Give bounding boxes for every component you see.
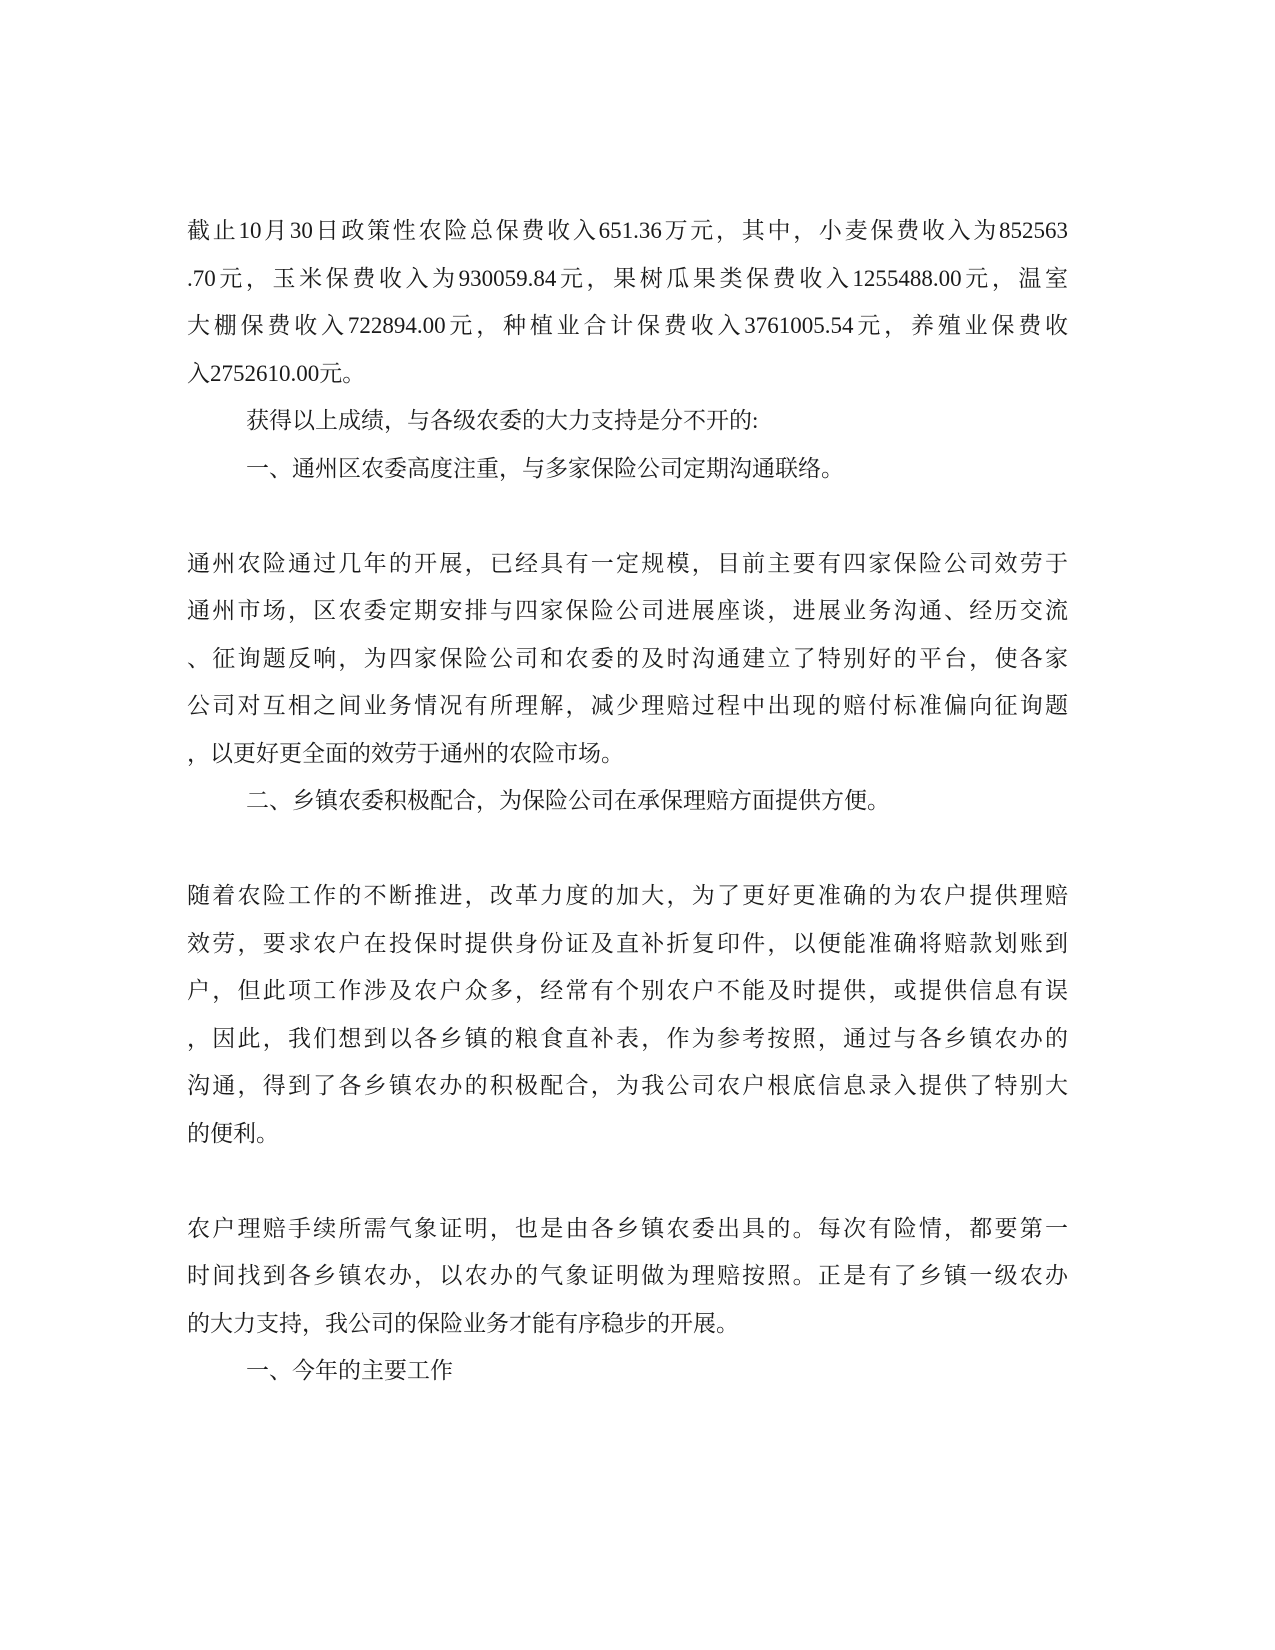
blank-line	[187, 492, 1068, 540]
document-page: 截止10月30日政策性农险总保费收入651.36万元，其中，小麦保费收入为852…	[0, 0, 1275, 1650]
paragraph: 二、乡镇农委积极配合，为保险公司在承保理赔方面提供方便。	[187, 777, 1068, 825]
text-line: 随着农险工作的不断推进，改革力度的加大，为了更好更准确的为农户提供理赔	[187, 872, 1068, 920]
paragraph: 通州农险通过几年的开展，已经具有一定规模，目前主要有四家保险公司效劳于通州市场，…	[187, 540, 1068, 778]
paragraph: 随着农险工作的不断推进，改革力度的加大，为了更好更准确的为农户提供理赔效劳，要求…	[187, 872, 1068, 1157]
paragraph: 农户理赔手续所需气象证明，也是由各乡镇农委出具的。每次有险情，都要第一时间找到各…	[187, 1205, 1068, 1348]
text-line: .70元，玉米保费收入为930059.84元，果树瓜果类保费收入1255488.…	[187, 255, 1068, 303]
text-line: 沟通，得到了各乡镇农办的积极配合，为我公司农户根底信息录入提供了特别大	[187, 1062, 1068, 1110]
text-line: 户，但此项工作涉及农户众多，经常有个别农户不能及时提供，或提供信息有误	[187, 967, 1068, 1015]
text-line: ，以更好更全面的效劳于通州的农险市场。	[187, 730, 1068, 778]
text-line: ，因此，我们想到以各乡镇的粮食直补表，作为参考按照，通过与各乡镇农办的	[187, 1015, 1068, 1063]
blank-line	[187, 1157, 1068, 1205]
text-line: 通州市场，区农委定期安排与四家保险公司进展座谈，进展业务沟通、经历交流	[187, 587, 1068, 635]
text-line: 大棚保费收入722894.00元，种植业合计保费收入3761005.54元，养殖…	[187, 302, 1068, 350]
text-line: 一、通州区农委高度注重，与多家保险公司定期沟通联络。	[187, 445, 1068, 493]
paragraph: 截止10月30日政策性农险总保费收入651.36万元，其中，小麦保费收入为852…	[187, 207, 1068, 397]
text-line: 时间找到各乡镇农办，以农办的气象证明做为理赔按照。正是有了乡镇一级农办	[187, 1252, 1068, 1300]
text-line: 截止10月30日政策性农险总保费收入651.36万元，其中，小麦保费收入为852…	[187, 207, 1068, 255]
paragraph: 一、通州区农委高度注重，与多家保险公司定期沟通联络。	[187, 445, 1068, 493]
paragraph: 获得以上成绩，与各级农委的大力支持是分不开的:	[187, 397, 1068, 445]
document-body: 截止10月30日政策性农险总保费收入651.36万元，其中，小麦保费收入为852…	[187, 207, 1068, 1395]
text-line: 获得以上成绩，与各级农委的大力支持是分不开的:	[187, 397, 1068, 445]
blank-line	[187, 825, 1068, 873]
text-line: 的便利。	[187, 1110, 1068, 1158]
text-line: 、征询题反响，为四家保险公司和农委的及时沟通建立了特别好的平台，使各家	[187, 635, 1068, 683]
text-line: 效劳，要求农户在投保时提供身份证及直补折复印件，以便能准确将赔款划账到	[187, 920, 1068, 968]
text-line: 的大力支持，我公司的保险业务才能有序稳步的开展。	[187, 1300, 1068, 1348]
text-line: 农户理赔手续所需气象证明，也是由各乡镇农委出具的。每次有险情，都要第一	[187, 1205, 1068, 1253]
text-line: 公司对互相之间业务情况有所理解，减少理赔过程中出现的赔付标准偏向征询题	[187, 682, 1068, 730]
text-line: 入2752610.00元。	[187, 350, 1068, 398]
text-line: 通州农险通过几年的开展，已经具有一定规模，目前主要有四家保险公司效劳于	[187, 540, 1068, 588]
paragraph: 一、今年的主要工作	[187, 1347, 1068, 1395]
text-line: 一、今年的主要工作	[187, 1347, 1068, 1395]
text-line: 二、乡镇农委积极配合，为保险公司在承保理赔方面提供方便。	[187, 777, 1068, 825]
